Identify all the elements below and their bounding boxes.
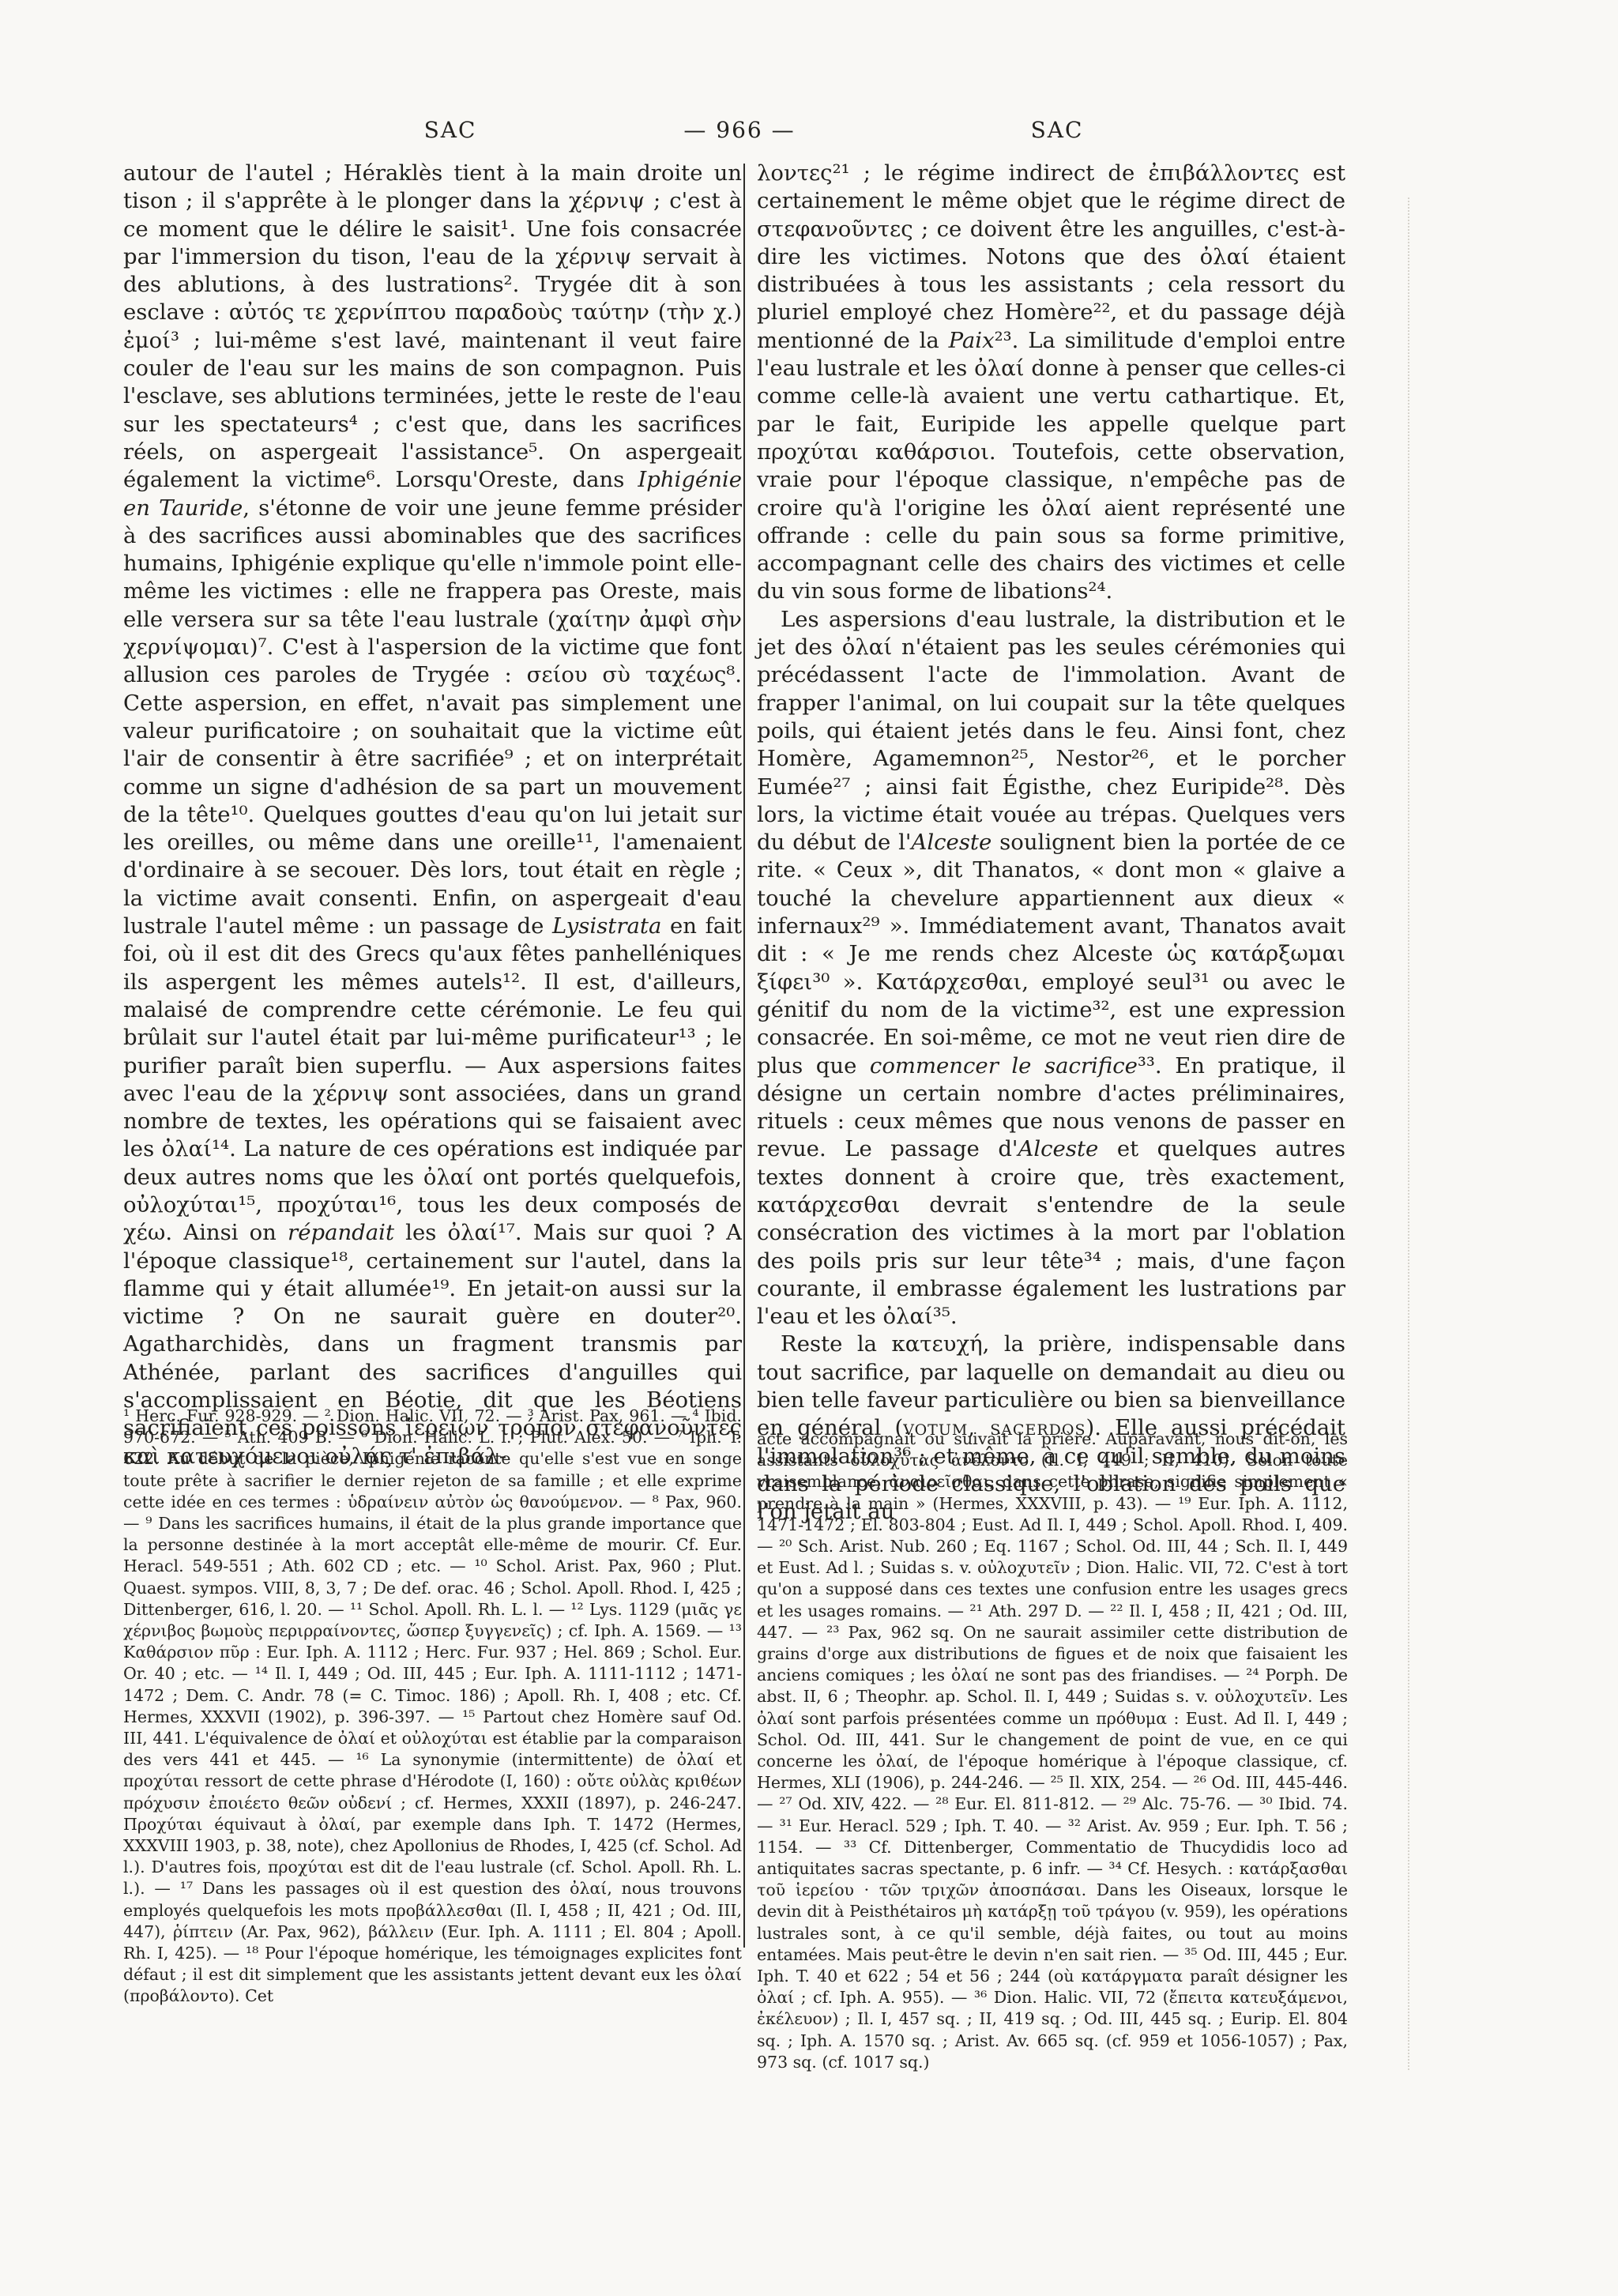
right-column-footnotes: acte accompagnait ou suivait la prière. … <box>757 1428 1348 2073</box>
left-column-footnotes: ¹ Herc. Fur. 928-929. — ² Dion. Halic. V… <box>123 1406 742 2008</box>
page-crease-line <box>1408 198 1409 2070</box>
page-number: — 966 — <box>683 117 795 143</box>
scanned-book-page: SAC — 966 — SAC autour de l'autel ; Héra… <box>0 0 1618 2296</box>
right-body-paragraph-1: λοντες²¹ ; le régime indirect de ἐπιβάλλ… <box>757 160 1345 606</box>
right-column: λοντες²¹ ; le régime indirect de ἐπιβάλλ… <box>757 160 1345 1526</box>
running-title-right: SAC <box>1031 117 1084 143</box>
column-divider-rule <box>743 164 745 1948</box>
running-title-left: SAC <box>424 117 477 143</box>
left-column: autour de l'autel ; Héraklès tient à la … <box>123 160 742 1470</box>
left-body-paragraph: autour de l'autel ; Héraklès tient à la … <box>123 160 742 1470</box>
right-body-paragraph-2: Les aspersions d'eau lustrale, la distri… <box>757 606 1345 1331</box>
